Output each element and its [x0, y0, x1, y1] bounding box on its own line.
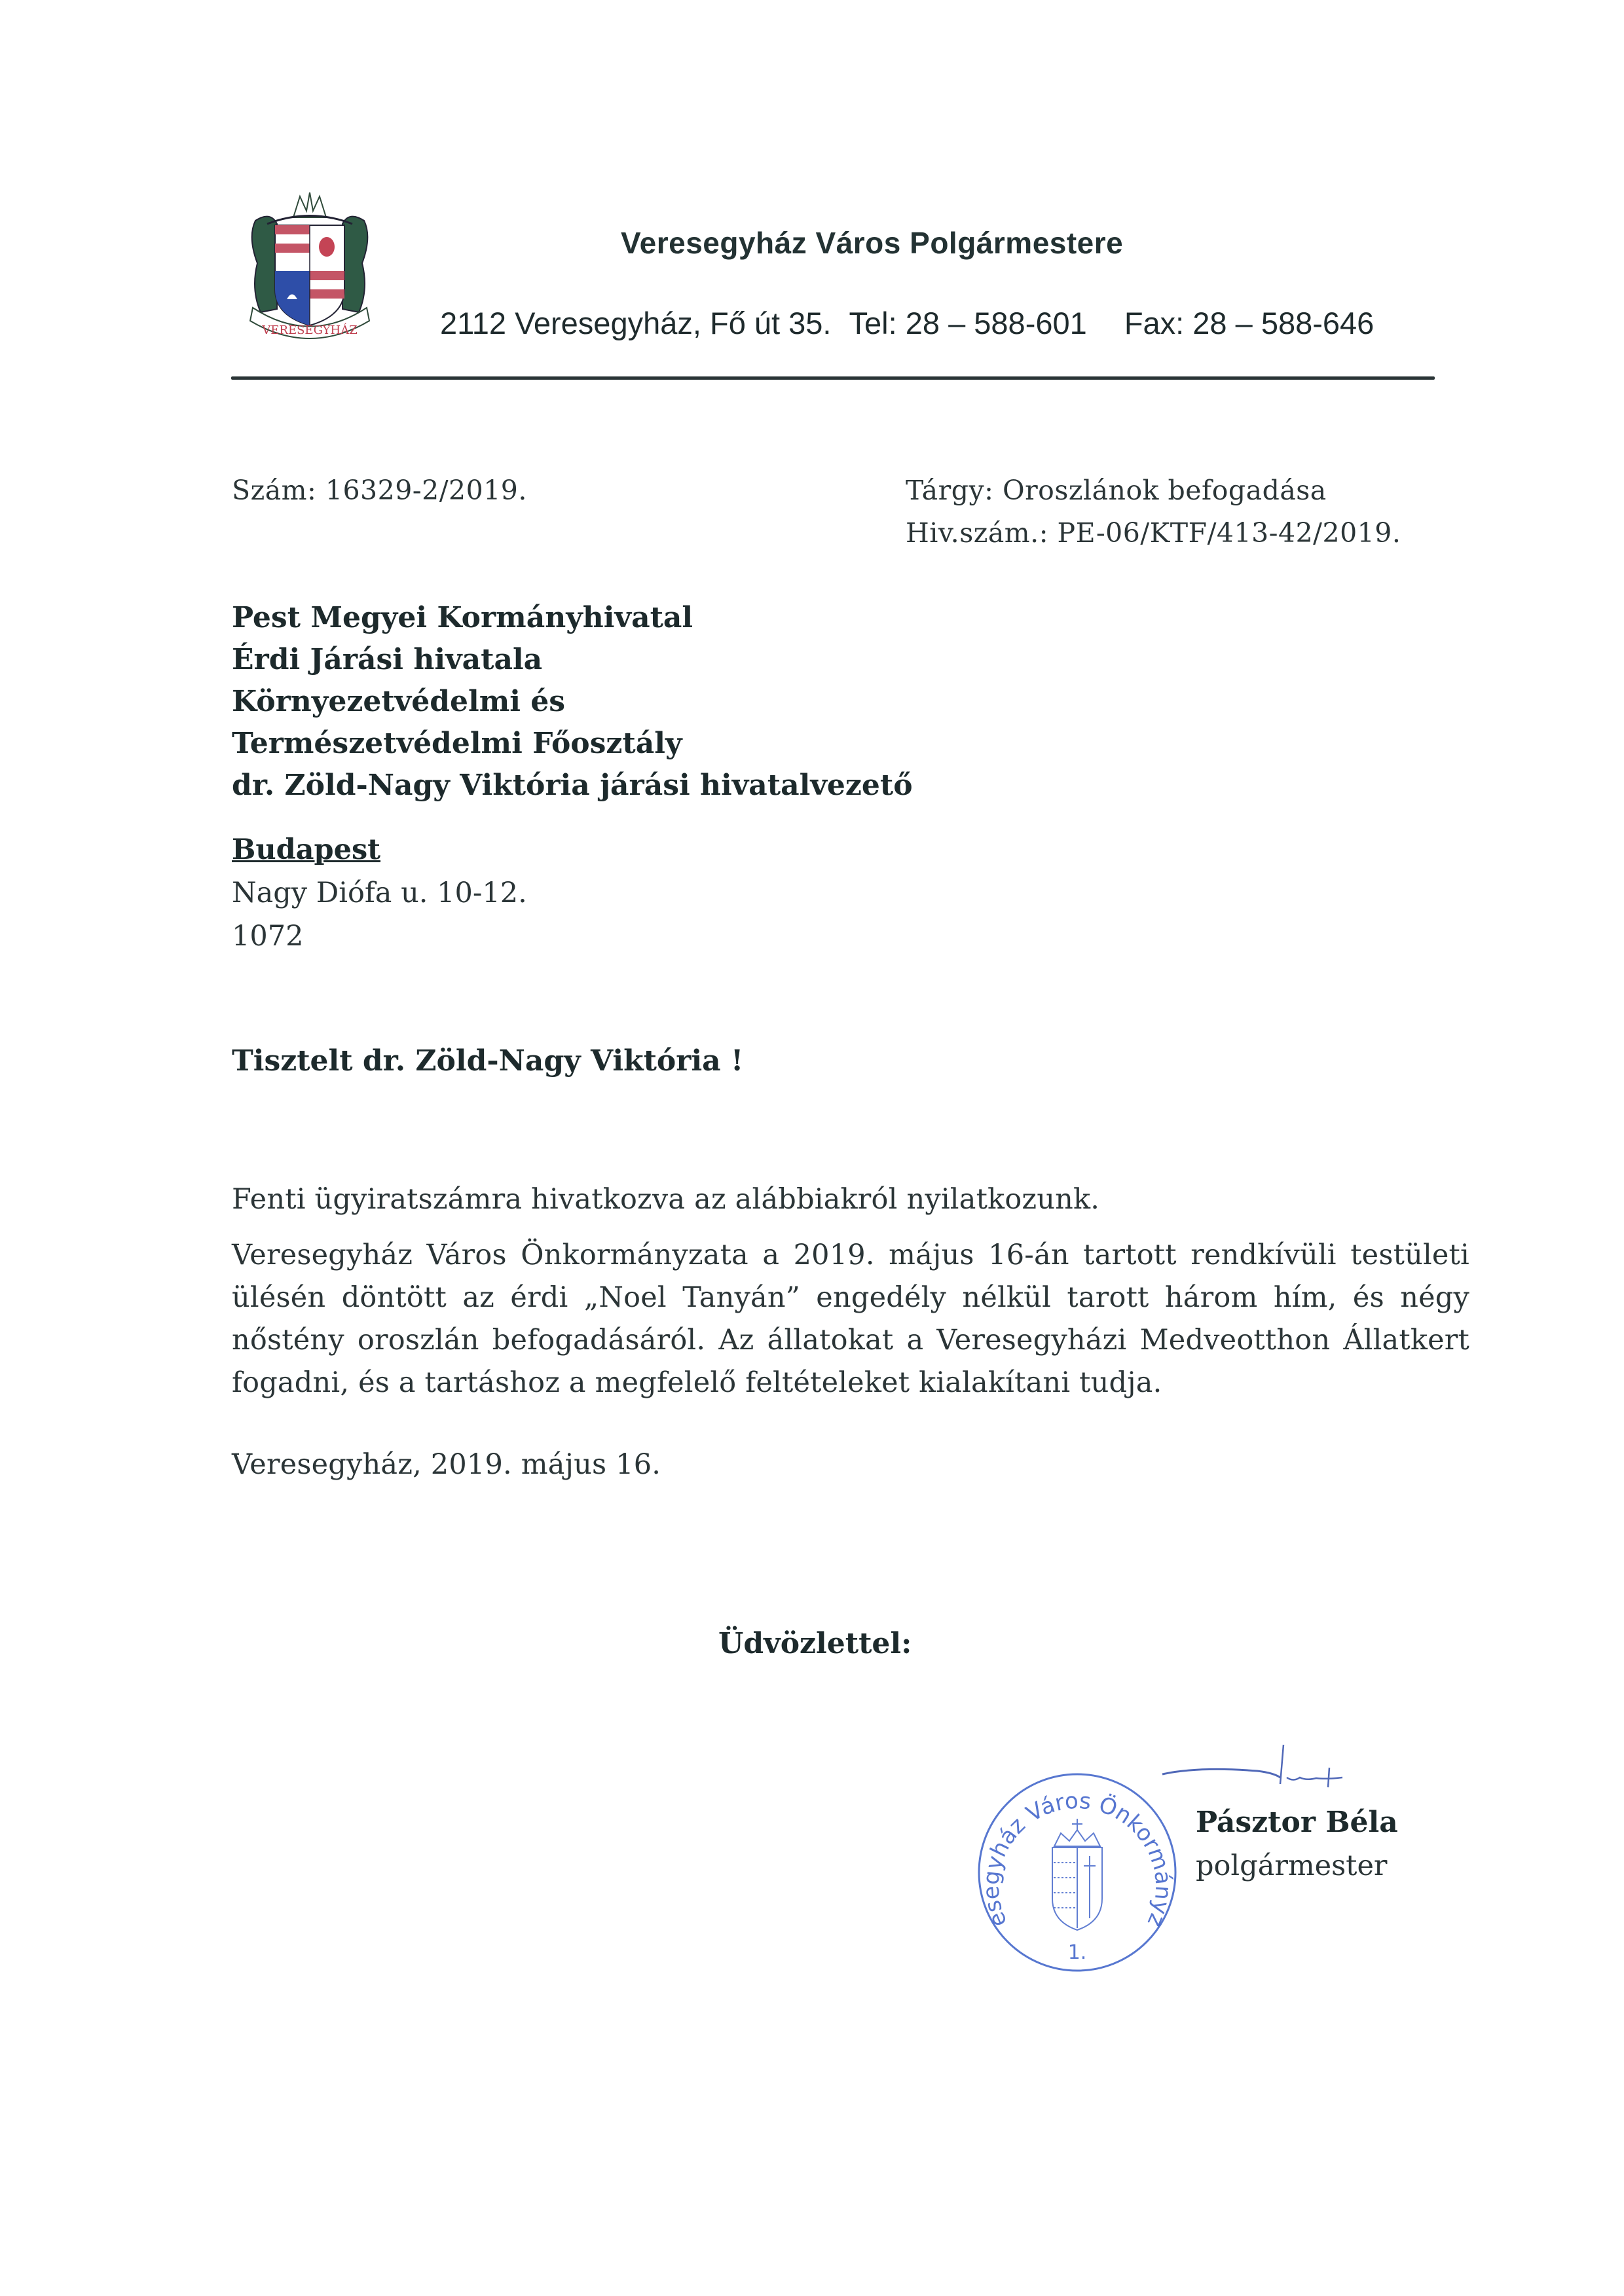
- recipient-line: Természetvédelmi Főosztály: [232, 723, 913, 765]
- address-street: Nagy Diófa u. 10-12.: [232, 871, 527, 915]
- recipient-line: Érdi Járási hivatala: [232, 639, 913, 681]
- handwritten-signature-icon: [1159, 1741, 1369, 1800]
- letterhead-contact: 2112 Veresegyház, Fő út 35. Tel: 28 – 58…: [440, 305, 1374, 341]
- address-postcode: 1072: [232, 915, 527, 958]
- official-stamp-icon: Veresegyház Város Önkormányzata 1.: [972, 1768, 1182, 1977]
- reference-official-number: Hiv.szám.: PE-06/KTF/413-42/2019.: [906, 517, 1401, 549]
- body-paragraph: Veresegyház Város Önkormányzata a 2019. …: [232, 1234, 1469, 1404]
- letterhead-title: Veresegyház Város Polgármestere: [621, 225, 1123, 261]
- recipient-block: Pest Megyei Kormányhivatal Érdi Járási h…: [232, 597, 913, 807]
- svg-text:1.: 1.: [1068, 1941, 1087, 1964]
- letterhead-address: 2112 Veresegyház, Fő út 35.: [440, 306, 831, 340]
- svg-text:VERESEGYHÁZ: VERESEGYHÁZ: [261, 322, 357, 337]
- recipient-address: Budapest Nagy Diófa u. 10-12. 1072: [232, 828, 527, 958]
- closing: Üdvözlettel:: [718, 1627, 912, 1660]
- signer-name: Pásztor Béla: [1196, 1806, 1398, 1839]
- letterhead-fax: Fax: 28 – 588-646: [1124, 306, 1375, 340]
- header-divider: [231, 376, 1435, 380]
- letterhead-tel: Tel: 28 – 588-601: [849, 306, 1087, 340]
- recipient-line: dr. Zöld-Nagy Viktória járási hivatalvez…: [232, 765, 913, 807]
- coat-of-arms-icon: VERESEGYHÁZ: [241, 191, 378, 348]
- reference-number: Szám: 16329-2/2019.: [232, 475, 527, 506]
- signer-title: polgármester: [1196, 1850, 1387, 1882]
- hungarian-arms-icon: [1052, 1819, 1102, 1930]
- svg-text:Veresegyház Város Önkormányzat: Veresegyház Város Önkormányzata: [972, 1768, 1176, 1931]
- address-city: Budapest: [232, 828, 527, 871]
- place-date: Veresegyház, 2019. május 16.: [232, 1444, 1469, 1486]
- recipient-line: Környezetvédelmi és: [232, 681, 913, 723]
- body-paragraph: Fenti ügyiratszámra hivatkozva az alábbi…: [232, 1178, 1469, 1221]
- salutation: Tisztelt dr. Zöld-Nagy Viktória !: [232, 1044, 743, 1078]
- recipient-line: Pest Megyei Kormányhivatal: [232, 597, 913, 639]
- reference-subject: Tárgy: Oroszlánok befogadása: [906, 475, 1327, 506]
